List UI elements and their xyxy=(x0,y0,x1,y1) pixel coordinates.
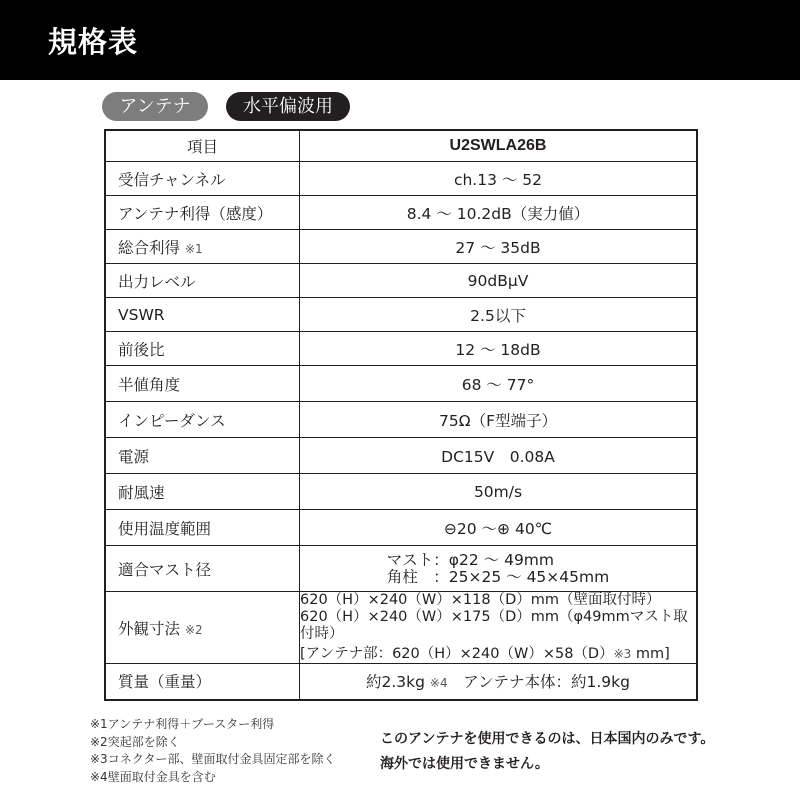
footnote-ref: ※1 xyxy=(185,242,203,256)
row-label: 外観寸法 ※2 xyxy=(105,592,300,664)
row-value: 2.5以下 xyxy=(300,298,698,332)
row-label: 電源 xyxy=(105,438,300,474)
antenna-dimension-line: [アンテナ部：620（H）×240（W）×58（D）※3 mm] xyxy=(300,646,696,663)
footnote: ※4壁面取付金具を含む xyxy=(90,769,335,787)
tag-antenna: アンテナ xyxy=(102,92,208,121)
row-label: 前後比 xyxy=(105,332,300,366)
table-row: 使用温度範囲 ⊖20 ～⊕ 40℃ xyxy=(105,510,697,546)
row-label: 出力レベル xyxy=(105,264,300,298)
row-value: 90dBμV xyxy=(300,264,698,298)
table-row: 耐風速 50m/s xyxy=(105,474,697,510)
row-value: 50m/s xyxy=(300,474,698,510)
row-value: マスト：φ22 ～ 49mm 角柱 ：25×25 ～ 45×45mm xyxy=(300,546,698,592)
row-label-text: 外観寸法 xyxy=(118,620,180,638)
table-row-weight: 質量（重量） 約2.3kg ※4 アンテナ本体：約1.9kg xyxy=(105,664,697,700)
weight-total: 約2.3kg xyxy=(366,673,430,691)
row-label: 耐風速 xyxy=(105,474,300,510)
row-value: 12 ～ 18dB xyxy=(300,332,698,366)
row-value: 約2.3kg ※4 アンテナ本体：約1.9kg xyxy=(300,664,698,700)
tag-horizontal-polarization: 水平偏波用 xyxy=(226,92,350,121)
weight-body: アンテナ本体：約1.9kg xyxy=(448,673,630,691)
table-row: VSWR 2.5以下 xyxy=(105,298,697,332)
domestic-use-notice: このアンテナを使用できるのは、日本国内のみです。 海外では使用できません。 xyxy=(380,727,714,777)
row-value: 8.4 ～ 10.2dB（実力値） xyxy=(300,196,698,230)
footnote: ※3コネクター部、壁面取付金具固定部を除く xyxy=(90,751,335,769)
mast-values: マスト：φ22 ～ 49mm 角柱 ：25×25 ～ 45×45mm xyxy=(387,552,609,586)
header-bar: 規格表 xyxy=(0,0,800,80)
row-value: 68 ～ 77° xyxy=(300,366,698,402)
table-row: アンテナ利得（感度） 8.4 ～ 10.2dB（実力値） xyxy=(105,196,697,230)
spec-table: 項目 U2SWLA26B 受信チャンネル ch.13 ～ 52 アンテナ利得（感… xyxy=(104,129,698,701)
header-item: 項目 xyxy=(105,130,300,162)
row-value: DC15V 0.08A xyxy=(300,438,698,474)
row-label: VSWR xyxy=(105,298,300,332)
footnotes: ※1アンテナ利得＋ブースター利得 ※2突起部を除く ※3コネクター部、壁面取付金… xyxy=(90,716,335,786)
footnote: ※2突起部を除く xyxy=(90,734,335,752)
antenna-dim-suffix: mm] xyxy=(631,646,670,662)
row-label: 受信チャンネル xyxy=(105,162,300,196)
row-value: ch.13 ～ 52 xyxy=(300,162,698,196)
table-row: 出力レベル 90dBμV xyxy=(105,264,697,298)
notice-line: このアンテナを使用できるのは、日本国内のみです。 xyxy=(380,727,714,752)
row-label: 質量（重量） xyxy=(105,664,300,700)
table-row: 総合利得 ※1 27 ～ 35dB xyxy=(105,230,697,264)
mast-line: マスト：φ22 ～ 49mm xyxy=(387,552,609,569)
dimension-line: 620（H）×240（W）×118（D）mm（壁面取付時） xyxy=(300,592,696,609)
row-value: 620（H）×240（W）×118（D）mm（壁面取付時） 620（H）×240… xyxy=(300,592,698,664)
row-label: 使用温度範囲 xyxy=(105,510,300,546)
page-title: 規格表 xyxy=(48,24,138,60)
table-row-dimensions: 外観寸法 ※2 620（H）×240（W）×118（D）mm（壁面取付時） 62… xyxy=(105,592,697,664)
footnote-ref: ※2 xyxy=(185,623,203,637)
row-label: 適合マスト径 xyxy=(105,546,300,592)
antenna-dim-text: [アンテナ部：620（H）×240（W）×58（D） xyxy=(300,646,614,662)
table-row: 半値角度 68 ～ 77° xyxy=(105,366,697,402)
table-header-row: 項目 U2SWLA26B xyxy=(105,130,697,162)
row-label: アンテナ利得（感度） xyxy=(105,196,300,230)
notice-line: 海外では使用できません。 xyxy=(380,752,714,777)
row-label: 半値角度 xyxy=(105,366,300,402)
dimension-line: 620（H）×240（W）×175（D）mm（φ49mmマスト取付時） xyxy=(300,609,696,643)
row-label: インピーダンス xyxy=(105,402,300,438)
table-row-mast: 適合マスト径 マスト：φ22 ～ 49mm 角柱 ：25×25 ～ 45×45m… xyxy=(105,546,697,592)
footnote: ※1アンテナ利得＋ブースター利得 xyxy=(90,716,335,734)
row-value: 27 ～ 35dB xyxy=(300,230,698,264)
row-value: 75Ω（F型端子） xyxy=(300,402,698,438)
dimension-values: 620（H）×240（W）×118（D）mm（壁面取付時） 620（H）×240… xyxy=(300,592,696,663)
square-pole-line: 角柱 ：25×25 ～ 45×45mm xyxy=(387,569,609,586)
footnote-ref: ※3 xyxy=(614,647,632,661)
table-row: インピーダンス 75Ω（F型端子） xyxy=(105,402,697,438)
header-model: U2SWLA26B xyxy=(300,130,698,162)
row-label-text: 総合利得 xyxy=(118,239,180,257)
row-label: 総合利得 ※1 xyxy=(105,230,300,264)
footnote-ref: ※4 xyxy=(430,676,448,690)
table-row: 前後比 12 ～ 18dB xyxy=(105,332,697,366)
table-row: 受信チャンネル ch.13 ～ 52 xyxy=(105,162,697,196)
table-row: 電源 DC15V 0.08A xyxy=(105,438,697,474)
row-value: ⊖20 ～⊕ 40℃ xyxy=(300,510,698,546)
